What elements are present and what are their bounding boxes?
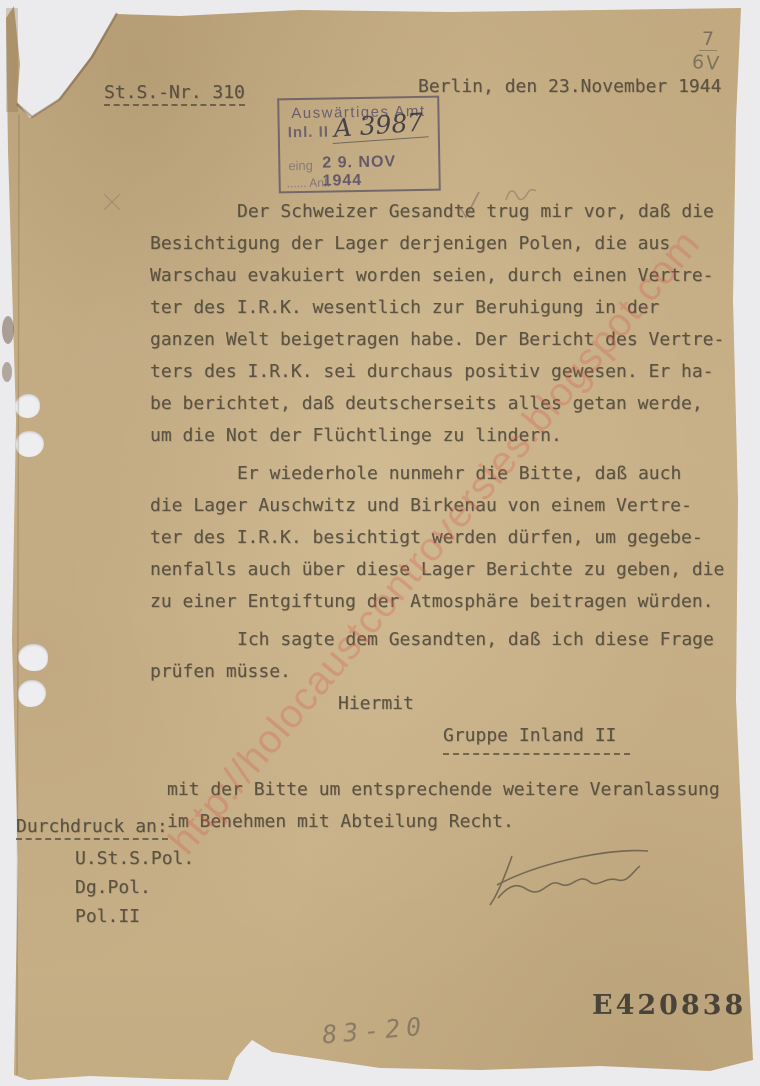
stamp-dept-label: Inl. II — [288, 124, 329, 142]
paragraph-line: nenfalls auch über diese Lager Berichte … — [150, 554, 750, 586]
distribution-heading: Durchdruck an: — [16, 816, 168, 840]
paragraph-line: Er wiederhole nunmehr die Bitte, daß auc… — [150, 458, 750, 490]
distribution-item: U.St.S.Pol. — [75, 844, 194, 873]
archive-number-stamp: E420838 — [592, 990, 746, 1021]
hiermit-line: Hiermit — [150, 688, 750, 720]
corner-pencil-note-top: 7 — [699, 28, 717, 51]
paragraph-line: Besichtigung der Lager derjenigen Polen,… — [150, 228, 750, 260]
paragraph-line: die Lager Auschwitz und Birkenau von ein… — [150, 490, 750, 522]
paragraph-line: Ich sagte dem Gesandten, daß ich diese F… — [150, 624, 750, 656]
gruppe-inland-label: Gruppe Inland II — [443, 720, 630, 755]
paragraph-line: prüfen müsse. — [150, 656, 750, 688]
punch-hole — [18, 644, 48, 671]
entry-stamp: Auswärtiges Amt Inl. II A 3987 eing 2 9.… — [277, 96, 441, 194]
corner-pencil-note-bottom: 6V — [691, 51, 722, 75]
paragraph-line: ter des I.R.K. wesentlich zur Beruhigung… — [150, 292, 750, 324]
distribution-list: Durchdruck an: U.St.S.Pol. Dg.Pol. Pol.I… — [16, 816, 194, 931]
paragraph-line: im Benehmen mit Abteilung Recht. — [150, 806, 750, 838]
ref-number: St.S.-Nr. 310 — [104, 82, 245, 106]
edge-chip — [2, 316, 14, 344]
stamp-received-date: 2 9. NOV 1944 — [322, 153, 439, 191]
closing-paragraph: mit der Bitte um entsprechende weitere V… — [150, 774, 750, 838]
paragraph-line: zu einer Entgiftung der Atmosphäre beitr… — [150, 586, 750, 618]
stamp-number-handwritten: A 3987 — [331, 107, 428, 144]
dateline: Berlin, den 23.November 1944 — [418, 76, 721, 97]
paragraph-line: Warschau evakuiert worden seien, durch e… — [150, 260, 750, 292]
edge-chip — [2, 362, 12, 382]
paragraph-line: mit der Bitte um entsprechende weitere V… — [150, 774, 750, 806]
distribution-item: Dg.Pol. — [75, 873, 194, 902]
paragraph-line: Der Schweizer Gesandte trug mir vor, daß… — [150, 196, 750, 228]
distribution-item: Pol.II — [75, 902, 194, 931]
paragraph-line: um die Not der Flüchtlinge zu lindern. — [150, 420, 750, 452]
stamp-received-label: eing — [288, 158, 313, 173]
paragraph-line: be berichtet, daß deutscherseits alles g… — [150, 388, 750, 420]
paragraph-line: ters des I.R.K. sei durchaus positiv gew… — [150, 356, 750, 388]
body-text: Der Schweizer Gesandte trug mir vor, daß… — [150, 196, 750, 838]
document-scan: St.S.-Nr. 310 Berlin, den 23.November 19… — [0, 0, 760, 1086]
stamp-anl-line: ...... Anl. — [287, 176, 331, 191]
paragraph-line: ter des I.R.K. besichtigt werden dürfen,… — [150, 522, 750, 554]
paragraph-line: ganzen Welt beigetragen habe. Der Berich… — [150, 324, 750, 356]
gruppe-inland-line: Gruppe Inland II — [150, 720, 750, 752]
punch-hole — [15, 394, 40, 418]
